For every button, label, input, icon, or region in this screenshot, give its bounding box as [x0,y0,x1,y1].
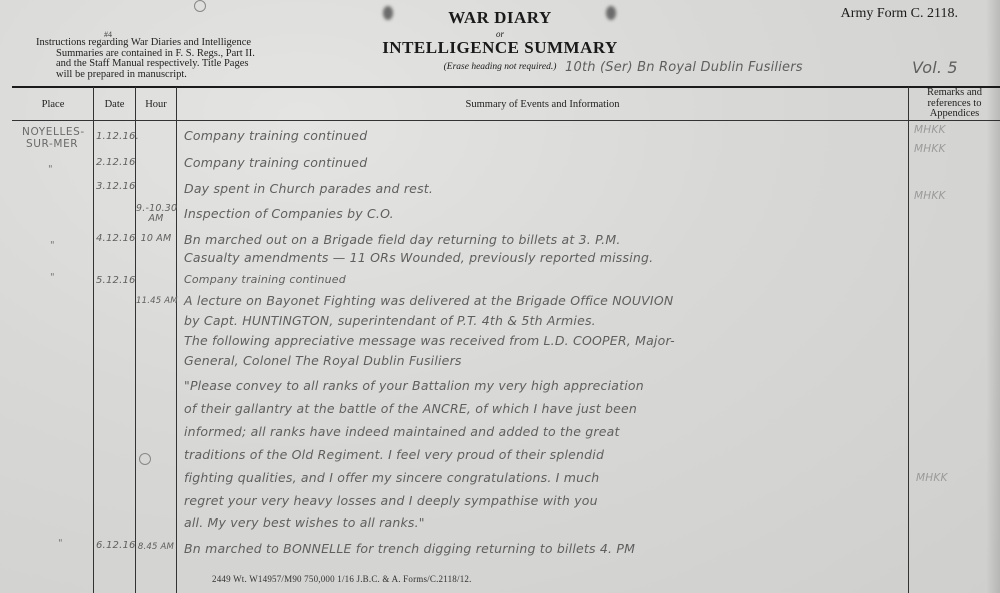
column-header-date: Date [94,99,135,110]
summary-line: Company training continued [184,273,346,286]
summary-line: A lecture on Bayonet Fighting was delive… [184,293,673,308]
date-entry: 6.12.16 [96,540,136,551]
summary-line: regret your very heavy losses and I deep… [184,493,598,508]
remarks-initials: MHKK [914,143,946,155]
summary-line: traditions of the Old Regiment. I feel v… [184,447,604,462]
date-entry: 3.12.16 [96,181,136,192]
summary-line: The following appreciative message was r… [184,333,675,348]
remarks-initials: MHKK [914,124,946,136]
hour-entry: 11.45 AM [136,296,176,306]
summary-line: General, Colonel The Royal Dublin Fusili… [184,353,462,368]
war-diary-page: #4 Instructions regarding War Diaries an… [0,0,1000,593]
summary-line: informed; all ranks have indeed maintain… [184,424,620,439]
place-ditto: " [58,538,63,549]
place-entry: NOYELLES- SUR-MER [22,126,85,150]
date-entry: 5.12.16 [96,275,136,286]
summary-line: all. My very best wishes to all ranks." [184,515,425,530]
summary-line: of their gallantry at the battle of the … [184,401,637,416]
instructions-line: will be prepared in manuscript. [36,70,272,81]
hour-line: AM [136,214,176,224]
place-ditto: " [48,164,53,175]
form-subtitle: INTELLIGENCE SUMMARY [370,38,630,58]
instructions-line: Instructions regarding War Diaries and I… [36,38,272,49]
summary-line: Inspection of Companies by C.O. [184,206,394,221]
date-entry: 2.12.16 [96,157,136,168]
form-instructions: Instructions regarding War Diaries and I… [36,38,272,80]
column-divider [176,87,177,593]
summary-line: fighting qualities, and I offer my since… [184,470,599,485]
form-print-code: 2449 Wt. W14957/M90 750,000 1/16 J.B.C. … [212,574,472,584]
punch-hole-mark [139,453,151,465]
volume-number: Vol. 5 [912,58,958,77]
place-ditto: " [50,240,55,251]
summary-line: Casualty amendments — 11 ORs Wounded, pr… [184,250,653,265]
remarks-initials: MHKK [916,472,948,484]
header-top-rule [12,86,1000,88]
summary-line: Day spent in Church parades and rest. [184,181,433,196]
page-edge-shadow [986,0,1000,593]
instructions-line: and the Staff Manual respectively. Title… [36,59,272,70]
hour-entry: 9.-10.30 AM [136,204,176,224]
form-title: WAR DIARY [370,8,630,28]
hour-entry: 10 AM [136,234,176,244]
punch-hole-mark [194,0,206,12]
header-bottom-rule [12,120,1000,121]
date-entry: 4.12.16 [96,233,136,244]
army-form-number: Army Form C. 2118. [841,6,958,22]
column-header-hour: Hour [136,99,176,110]
unit-name: 10th (Ser) Bn Royal Dublin Fusiliers [565,60,803,75]
column-header-place: Place [14,99,92,110]
column-header-summary: Summary of Events and Information [177,99,908,110]
summary-line: "Please convey to all ranks of your Batt… [184,378,644,393]
date-entry: 1.12.16. [96,131,139,142]
place-ditto: " [50,272,55,283]
column-divider [93,87,94,593]
summary-line: by Capt. HUNTINGTON, superintendant of P… [184,313,596,328]
place-line: SUR-MER [22,138,85,150]
hour-entry: 8.45 AM [136,542,176,552]
summary-line: Company training continued [184,128,367,143]
summary-line: Bn marched to BONNELLE for trench diggin… [184,541,635,556]
summary-line: Company training continued [184,155,367,170]
column-divider [908,87,909,593]
place-line: NOYELLES- [22,126,85,138]
remarks-initials: MHKK [914,190,946,202]
summary-line: Bn marched out on a Brigade field day re… [184,232,621,247]
